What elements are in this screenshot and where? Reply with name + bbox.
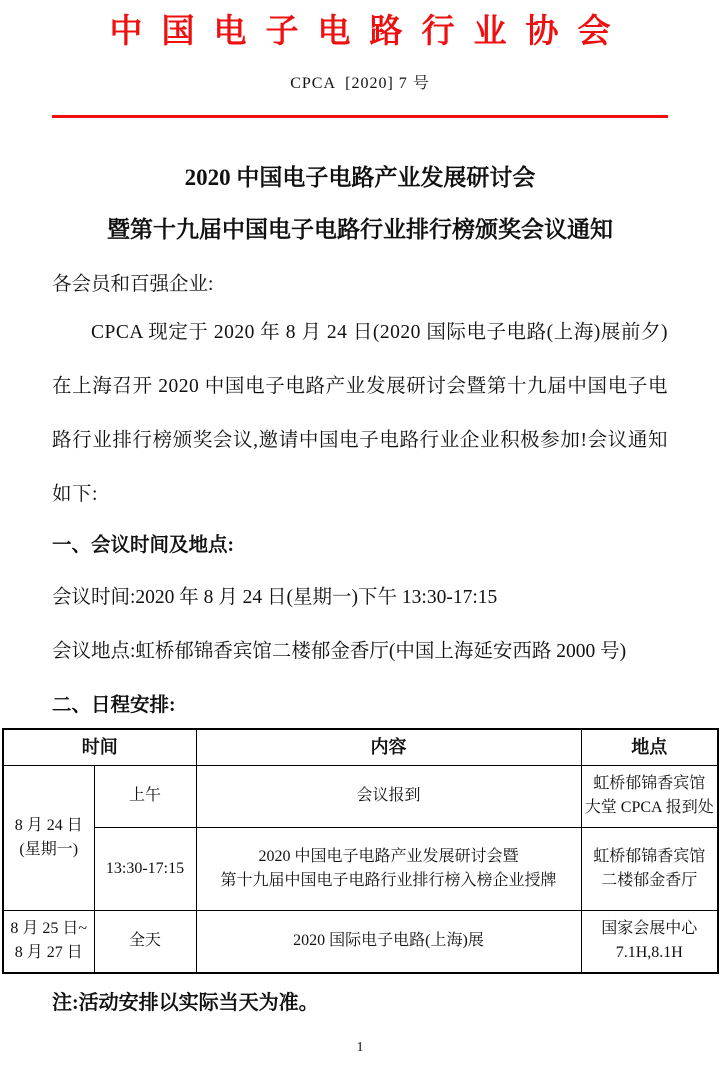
- document-title-line1: 2020 中国电子电路产业发展研讨会: [0, 152, 720, 204]
- cell-location-necc: 国家会展中心 7.1H,8.1H: [581, 910, 718, 973]
- intro-paragraph: CPCA 现定于 2020 年 8 月 24 日(2020 国际电子电路(上海)…: [52, 306, 668, 522]
- col-header-content: 内容: [196, 729, 581, 765]
- table-row-exhibition: 8 月 25 日~ 8 月 27 日 全天 2020 国际电子电路(上海)展 国…: [3, 910, 718, 973]
- cell-date-aug25-27: 8 月 25 日~ 8 月 27 日: [3, 910, 94, 973]
- doc-number: CPCA [2020] 7 号: [0, 74, 720, 94]
- cell-location-lobby: 虹桥郁锦香宾馆 大堂 CPCA 报到处: [581, 765, 718, 827]
- col-header-time: 时间: [3, 729, 196, 765]
- cell-date-aug24: 8 月 24 日 (星期一): [3, 765, 94, 910]
- table-row-registration: 8 月 24 日 (星期一) 上午 会议报到 虹桥郁锦香宾馆 大堂 CPCA 报…: [3, 765, 718, 827]
- cell-time-afternoon: 13:30-17:15: [94, 827, 196, 910]
- document-page: 中国电子电路行业协会 CPCA [2020] 7 号 2020 中国电子电路产业…: [0, 0, 720, 1068]
- table-header-row: 时间 内容 地点: [3, 729, 718, 765]
- document-title: 2020 中国电子电路产业发展研讨会 暨第十九届中国电子电路行业排行榜颁奖会议通…: [0, 152, 720, 256]
- note-line: 注:活动安排以实际当天为准。: [52, 990, 668, 1016]
- meeting-place-line: 会议地点:虹桥郁锦香宾馆二楼郁金香厅(中国上海延安西路 2000 号): [52, 638, 668, 666]
- cell-content-registration: 会议报到: [196, 765, 581, 827]
- red-divider-line: [52, 115, 668, 118]
- table-row-seminar: 13:30-17:15 2020 中国电子电路产业发展研讨会暨 第十九届中国电子…: [3, 827, 718, 910]
- greeting-line: 各会员和百强企业:: [52, 272, 668, 298]
- document-body: 各会员和百强企业: CPCA 现定于 2020 年 8 月 24 日(2020 …: [52, 272, 668, 720]
- page-number: 1: [0, 1040, 720, 1056]
- meeting-time-line: 会议时间:2020 年 8 月 24 日(星期一)下午 13:30-17:15: [52, 584, 668, 612]
- cell-location-tulip-hall: 虹桥郁锦香宾馆 二楼郁金香厅: [581, 827, 718, 910]
- section2-heading: 二、日程安排:: [52, 692, 668, 720]
- cell-time-allday: 全天: [94, 910, 196, 973]
- col-header-location: 地点: [581, 729, 718, 765]
- cell-time-morning: 上午: [94, 765, 196, 827]
- cell-content-exhibition: 2020 国际电子电路(上海)展: [196, 910, 581, 973]
- cell-content-seminar: 2020 中国电子电路产业发展研讨会暨 第十九届中国电子电路行业排行榜入榜企业授…: [196, 827, 581, 910]
- document-title-line2: 暨第十九届中国电子电路行业排行榜颁奖会议通知: [0, 204, 720, 256]
- schedule-table: 时间 内容 地点 8 月 24 日 (星期一) 上午 会议报到 虹桥郁锦香宾馆 …: [2, 728, 719, 974]
- section1-heading: 一、会议时间及地点:: [52, 532, 668, 560]
- org-title: 中国电子电路行业协会: [0, 0, 720, 52]
